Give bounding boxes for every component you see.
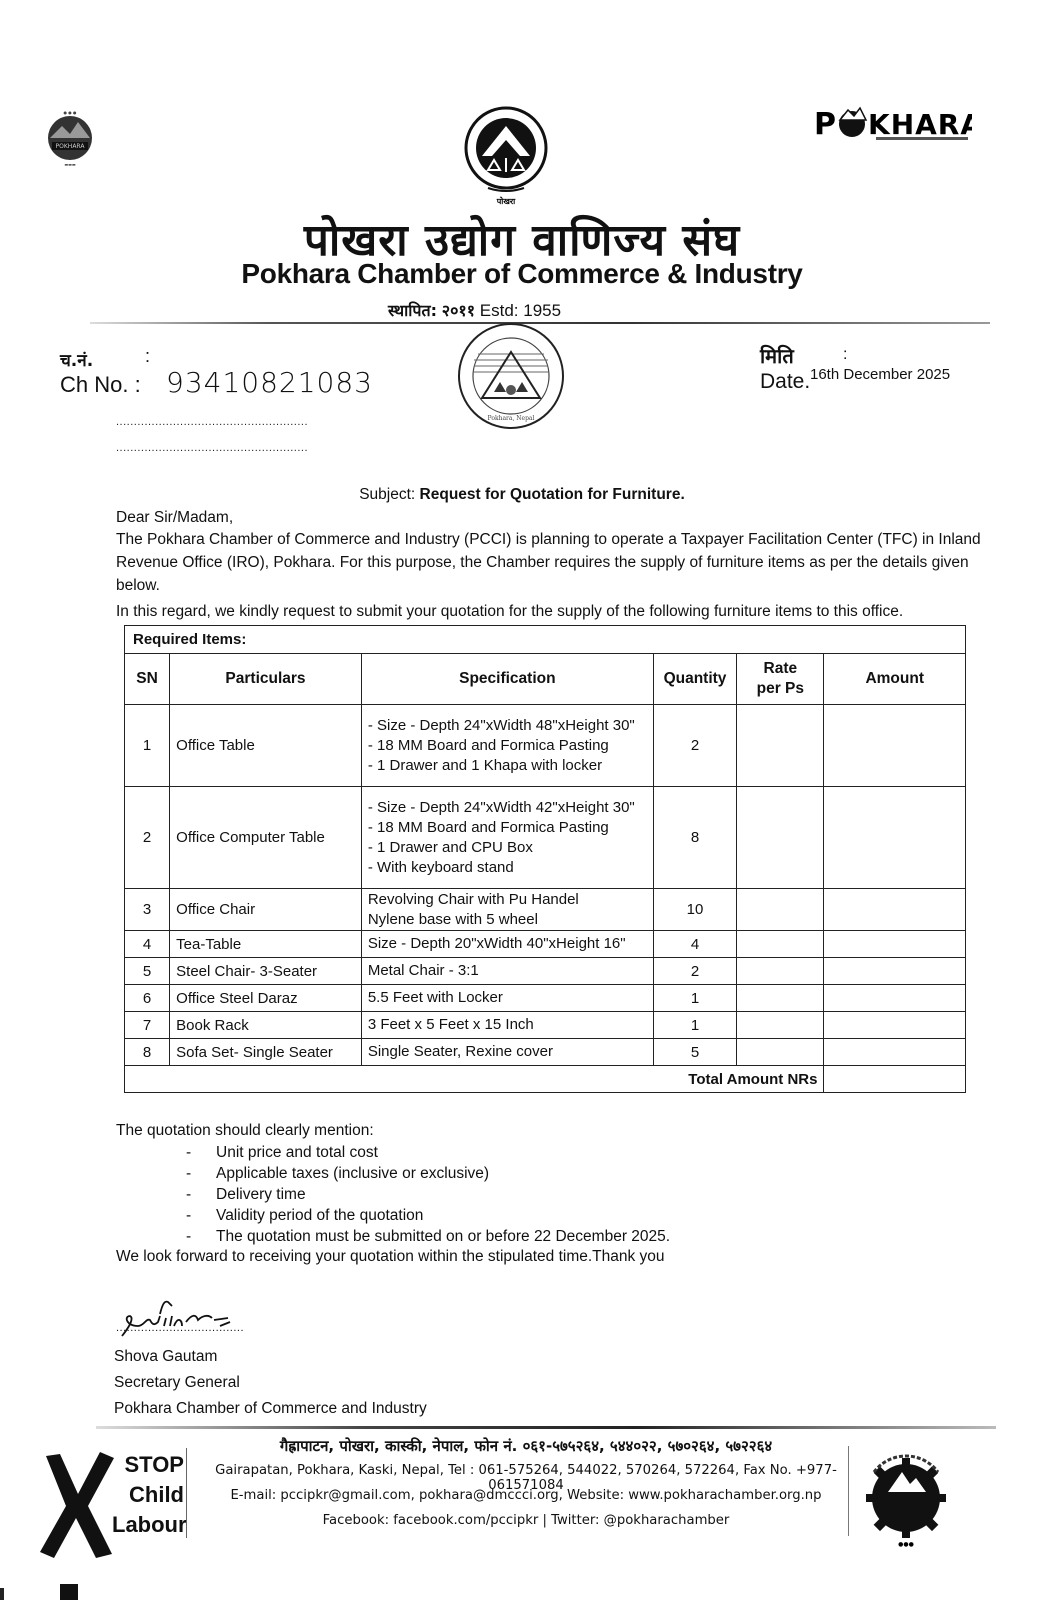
spec-line: - 18 MM Board and Formica Pasting <box>368 736 647 756</box>
cell-quantity: 1 <box>653 985 736 1012</box>
cell-specification: 3 Feet x 5 Feet x 15 Inch <box>361 1012 653 1039</box>
cell-specification: Size - Depth 20"xWidth 40"xHeight 16" <box>361 931 653 958</box>
established-np-year: २०११ <box>442 301 475 320</box>
dotted-line: ........................................… <box>116 416 308 428</box>
cell-sn: 7 <box>125 1012 170 1039</box>
total-label: Total Amount NRs <box>125 1066 824 1093</box>
cell-quantity: 8 <box>653 787 736 889</box>
ch-no-label-text: Ch No. <box>60 372 128 397</box>
table-caption-row: Required Items: <box>125 626 966 654</box>
col-header-particulars: Particulars <box>170 654 362 705</box>
mention-item: Delivery time <box>186 1184 670 1205</box>
ch-no-label-np: च.नं. <box>60 348 93 371</box>
municipality-emblem-icon: POKHARA ● ● ● ▬▬▬ <box>42 108 98 168</box>
scan-artifact <box>60 1584 78 1600</box>
col-header-sn: SN <box>125 654 170 705</box>
cell-particulars: Office Computer Table <box>170 787 362 889</box>
cell-amount <box>824 1039 966 1066</box>
cell-amount <box>824 958 966 985</box>
cell-particulars: Steel Chair- 3-Seater <box>170 958 362 985</box>
date-label: Date. <box>760 370 810 394</box>
table-header-row: SN Particulars Specification Quantity Ra… <box>125 654 966 705</box>
cell-amount <box>824 1012 966 1039</box>
spec-line: 5.5 Feet with Locker <box>368 988 647 1008</box>
spec-line: - 18 MM Board and Formica Pasting <box>368 818 647 838</box>
mention-item: Applicable taxes (inclusive or exclusive… <box>186 1163 670 1184</box>
cell-specification: Metal Chair - 3:1 <box>361 958 653 985</box>
signature-line: .................................... <box>116 1322 244 1334</box>
table-row: 8Sofa Set- Single SeaterSingle Seater, R… <box>125 1039 966 1066</box>
stop-x-icon <box>38 1450 116 1560</box>
svg-text:POKHARA: POKHARA <box>56 143 86 150</box>
address-nepali: गैह्रापाटन, पोखरा, कास्की, नेपाल, फोन नं… <box>196 1436 856 1456</box>
cell-rate <box>737 1012 824 1039</box>
spec-line: Metal Chair - 3:1 <box>368 961 647 981</box>
org-name-english: Pokhara Chamber of Commerce & Industry <box>0 258 1044 290</box>
cell-quantity: 10 <box>653 889 736 931</box>
col-header-amount: Amount <box>824 654 966 705</box>
table-row: 1Office Table- Size - Depth 24"xWidth 48… <box>125 705 966 787</box>
cell-rate <box>737 705 824 787</box>
social-links: Facebook: facebook.com/pccipkr | Twitter… <box>196 1513 856 1528</box>
cell-particulars: Office Steel Daraz <box>170 985 362 1012</box>
total-value <box>824 1066 966 1093</box>
cell-sn: 8 <box>125 1039 170 1066</box>
ch-no-label: Ch No. : <box>60 372 141 398</box>
spec-line: - 1 Drawer and CPU Box <box>368 838 647 858</box>
cell-particulars: Office Table <box>170 705 362 787</box>
signatory-organization: Pokhara Chamber of Commerce and Industry <box>114 1396 427 1422</box>
closing-line: We look forward to receiving your quotat… <box>116 1248 665 1266</box>
official-stamp-icon: Pokhara, Nepal <box>452 320 570 432</box>
table-row: 2Office Computer Table- Size - Depth 24"… <box>125 787 966 889</box>
cell-rate <box>737 1039 824 1066</box>
spec-line: 3 Feet x 5 Feet x 15 Inch <box>368 1015 647 1035</box>
mention-item: Unit price and total cost <box>186 1142 670 1163</box>
date-value: 16th December 2025 <box>810 366 950 383</box>
dotted-line: ........................................… <box>116 442 308 454</box>
subject-text: Request for Quotation for Furniture. <box>420 486 685 503</box>
cell-sn: 3 <box>125 889 170 931</box>
pokhara-logo-icon: P KHARA <box>812 100 972 146</box>
cell-specification: Single Seater, Rexine cover <box>361 1039 653 1066</box>
salutation: Dear Sir/Madam, <box>116 506 986 529</box>
subject-label: Subject: <box>359 486 415 503</box>
stop-line3: Labour <box>112 1510 184 1540</box>
footer-divider <box>96 1426 996 1429</box>
cell-amount <box>824 705 966 787</box>
table-row: 4Tea-TableSize - Depth 20"xWidth 40"xHei… <box>125 931 966 958</box>
cell-quantity: 5 <box>653 1039 736 1066</box>
mention-intro: The quotation should clearly mention: <box>116 1122 374 1140</box>
footer-separator <box>848 1446 849 1536</box>
svg-text:● ● ●: ● ● ● <box>63 110 77 115</box>
industry-gear-emblem-icon: ●●● <box>858 1442 954 1548</box>
cell-particulars: Office Chair <box>170 889 362 931</box>
spec-line: Revolving Chair with Pu Handel <box>368 890 647 910</box>
pcci-emblem-icon: पोखरा <box>458 100 554 208</box>
cell-quantity: 1 <box>653 1012 736 1039</box>
colon: : <box>843 346 847 364</box>
stop-line2: Child <box>112 1480 184 1510</box>
request-paragraph: In this regard, we kindly request to sub… <box>116 600 1016 623</box>
intro-paragraph: The Pokhara Chamber of Commerce and Indu… <box>116 528 986 597</box>
col-header-specification: Specification <box>361 654 653 705</box>
spec-line: - 1 Drawer and 1 Khapa with locker <box>368 756 647 776</box>
signatory-block: Shova Gautam Secretary General Pokhara C… <box>114 1344 427 1422</box>
cell-particulars: Book Rack <box>170 1012 362 1039</box>
spec-line: - With keyboard stand <box>368 858 647 878</box>
rate-line1: Rate <box>743 659 817 679</box>
cell-specification: - Size - Depth 24"xWidth 42"xHeight 30"-… <box>361 787 653 889</box>
established-np-label: स्थापित: <box>388 301 437 320</box>
table-row: 3Office ChairRevolving Chair with Pu Han… <box>125 889 966 931</box>
cell-sn: 5 <box>125 958 170 985</box>
svg-text:P: P <box>814 107 837 142</box>
svg-text:KHARA: KHARA <box>868 108 972 141</box>
col-header-rate: Rate per Ps <box>737 654 824 705</box>
spec-line: - Size - Depth 24"xWidth 48"xHeight 30" <box>368 716 647 736</box>
signatory-title: Secretary General <box>114 1370 427 1396</box>
cell-specification: - Size - Depth 24"xWidth 48"xHeight 30"-… <box>361 705 653 787</box>
svg-text:●●●: ●●● <box>898 1541 914 1548</box>
cell-rate <box>737 889 824 931</box>
svg-text:▬▬▬: ▬▬▬ <box>64 162 76 167</box>
cell-quantity: 2 <box>653 705 736 787</box>
stop-child-labour: STOP Child Labour <box>112 1450 184 1540</box>
cell-amount <box>824 931 966 958</box>
cell-rate <box>737 931 824 958</box>
table-row: 7Book Rack3 Feet x 5 Feet x 15 Inch1 <box>125 1012 966 1039</box>
mention-item: The quotation must be submitted on or be… <box>186 1226 670 1247</box>
cell-amount <box>824 985 966 1012</box>
established-line: स्थापित: २०११ Estd: 1955 <box>388 299 561 321</box>
contact-email-web: E-mail: pccipkr@gmail.com, pokhara@dmccc… <box>196 1488 856 1503</box>
stop-line1: STOP <box>112 1450 184 1480</box>
cell-quantity: 4 <box>653 931 736 958</box>
cell-particulars: Tea-Table <box>170 931 362 958</box>
spec-line: Size - Depth 20"xWidth 40"xHeight 16" <box>368 934 647 954</box>
cell-specification: 5.5 Feet with Locker <box>361 985 653 1012</box>
cell-particulars: Sofa Set- Single Seater <box>170 1039 362 1066</box>
spec-line: Single Seater, Rexine cover <box>368 1042 647 1062</box>
colon: : <box>145 346 150 367</box>
scan-artifact <box>0 1588 4 1600</box>
cell-sn: 4 <box>125 931 170 958</box>
cell-rate <box>737 787 824 889</box>
svg-text:पोखरा: पोखरा <box>496 196 516 206</box>
mention-list: Unit price and total costApplicable taxe… <box>186 1142 670 1247</box>
total-row: Total Amount NRs <box>125 1066 966 1093</box>
established-en: Estd: 1955 <box>480 301 561 320</box>
cell-sn: 1 <box>125 705 170 787</box>
cell-quantity: 2 <box>653 958 736 985</box>
table-row: 5Steel Chair- 3-SeaterMetal Chair - 3:12 <box>125 958 966 985</box>
cell-rate <box>737 958 824 985</box>
ch-no-value: 93410821083 <box>166 366 373 399</box>
footer-separator <box>186 1448 187 1538</box>
cell-amount <box>824 889 966 931</box>
table-row: 6Office Steel Daraz5.5 Feet with Locker1 <box>125 985 966 1012</box>
mention-item: Validity period of the quotation <box>186 1205 670 1226</box>
pokhara-tourism-logo: P KHARA <box>812 100 972 146</box>
svg-text:Pokhara, Nepal: Pokhara, Nepal <box>488 415 535 422</box>
required-items-table: Required Items: SN Particulars Specifica… <box>124 625 966 1093</box>
subject-line: Subject: Request for Quotation for Furni… <box>0 486 1044 504</box>
spec-line: Nylene base with 5 wheel <box>368 910 647 930</box>
cell-specification: Revolving Chair with Pu HandelNylene bas… <box>361 889 653 931</box>
signatory-name: Shova Gautam <box>114 1344 427 1370</box>
spec-line: - Size - Depth 24"xWidth 42"xHeight 30" <box>368 798 647 818</box>
cell-amount <box>824 787 966 889</box>
col-header-quantity: Quantity <box>653 654 736 705</box>
rate-line2: per Ps <box>743 679 817 699</box>
date-label-np: मिति <box>760 342 794 369</box>
cell-sn: 2 <box>125 787 170 889</box>
table-caption: Required Items: <box>125 626 966 654</box>
cell-sn: 6 <box>125 985 170 1012</box>
cell-rate <box>737 985 824 1012</box>
